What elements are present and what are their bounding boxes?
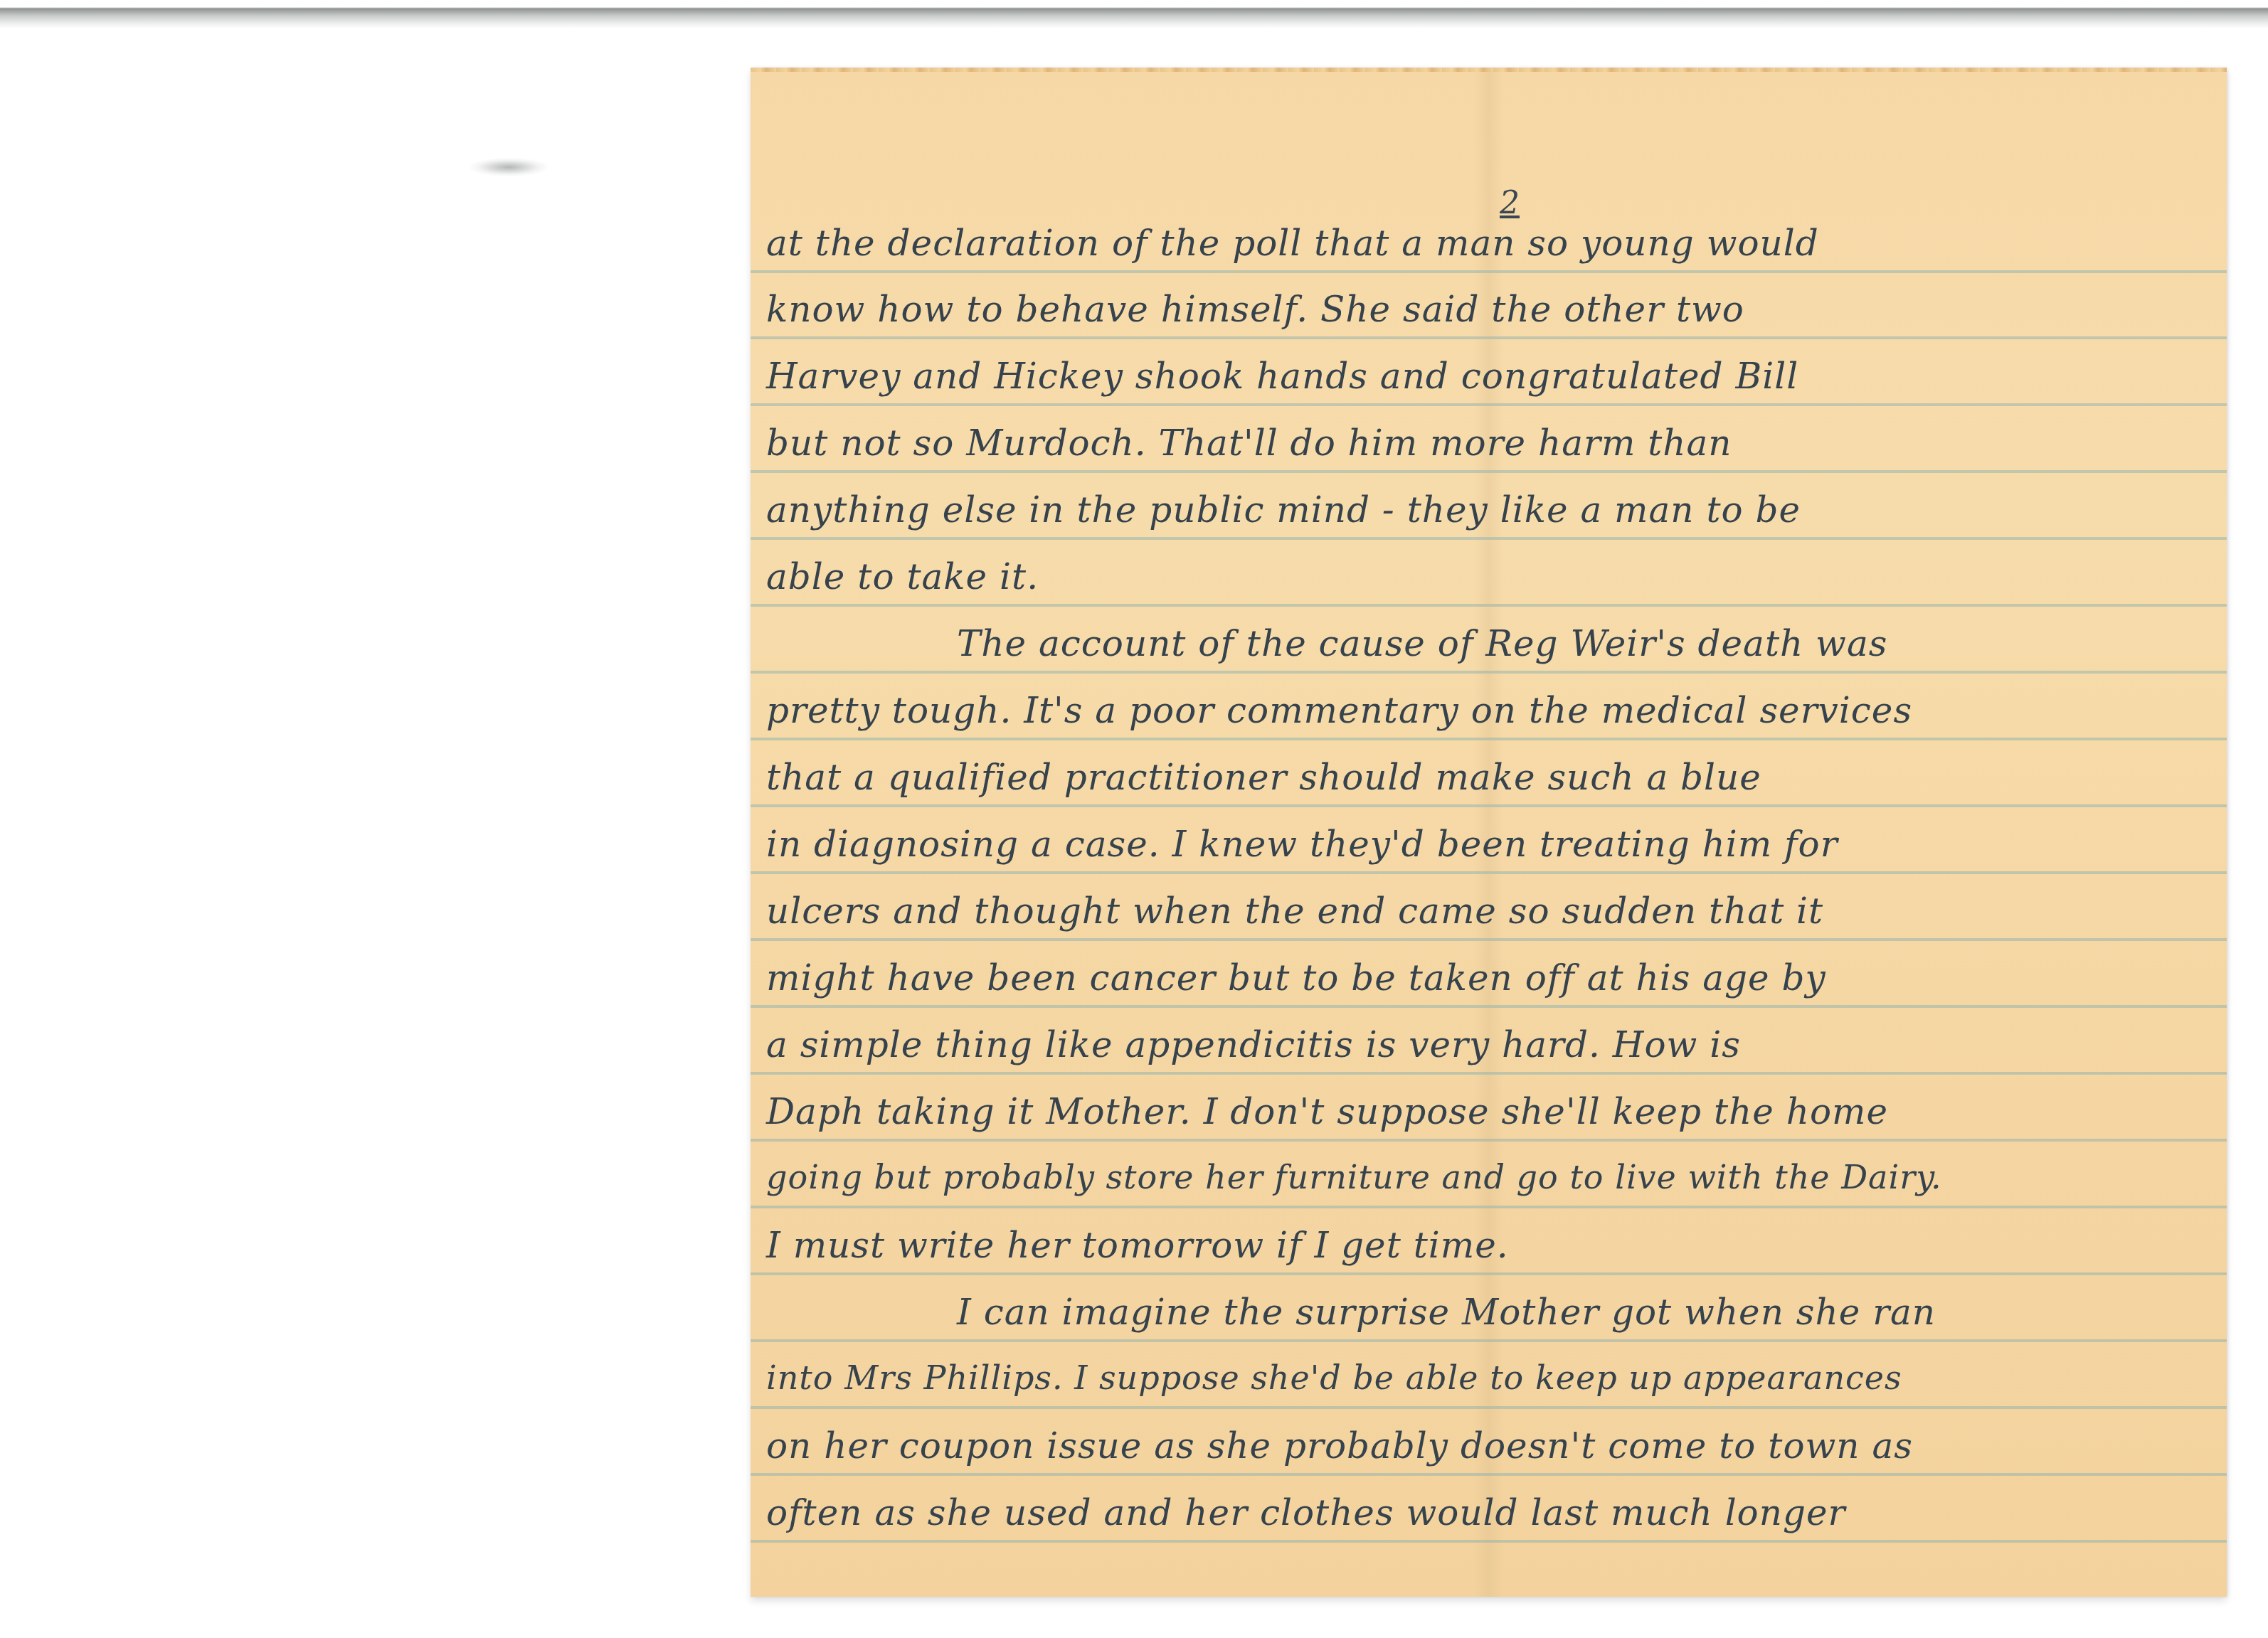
scanner-smudge — [470, 158, 548, 176]
ruled-line — [751, 537, 2227, 540]
handwritten-line: a simple thing like appendicitis is very… — [766, 1027, 1741, 1063]
ruled-line — [751, 738, 2227, 740]
ruled-line — [751, 1072, 2227, 1075]
ruled-line — [751, 336, 2227, 339]
ruled-line — [751, 1005, 2227, 1008]
ruled-line — [751, 1406, 2227, 1409]
ruled-line — [751, 1139, 2227, 1142]
handwritten-line: often as she used and her clothes would … — [766, 1495, 1845, 1531]
ruled-line — [751, 1272, 2227, 1275]
handwritten-line: pretty tough. It's a poor commentary on … — [766, 693, 1912, 728]
handwritten-line: know how to behave himself. She said the… — [766, 292, 1744, 327]
paragraph-start-line: I can imagine the surprise Mother got wh… — [957, 1294, 1936, 1330]
handwritten-line: Daph taking it Mother. I don't suppose s… — [766, 1094, 1888, 1129]
ruled-line — [751, 1339, 2227, 1342]
ruled-line — [751, 403, 2227, 406]
handwritten-line: but not so Murdoch. That'll do him more … — [766, 425, 1732, 461]
handwritten-line: able to take it. — [766, 559, 1039, 595]
handwritten-line: I must write her tomorrow if I get time. — [766, 1228, 1509, 1263]
letter-page: 2 at the declaration of the poll that a … — [751, 68, 2227, 1597]
handwritten-line: on her coupon issue as she probably does… — [766, 1428, 1913, 1464]
paragraph-start-line: The account of the cause of Reg Weir's d… — [957, 626, 1887, 661]
handwritten-line: anything else in the public mind - they … — [766, 492, 1801, 528]
ruled-line — [751, 604, 2227, 607]
ruled-line — [751, 1473, 2227, 1476]
ruled-line — [751, 470, 2227, 473]
handwritten-line: ulcers and thought when the end came so … — [766, 893, 1823, 929]
ruled-line — [751, 871, 2227, 874]
ruled-line — [751, 938, 2227, 941]
torn-top-edge — [751, 68, 2227, 72]
ruled-line — [751, 1540, 2227, 1543]
handwritten-line: might have been cancer but to be taken o… — [766, 960, 1826, 996]
ruled-line — [751, 270, 2227, 273]
ruled-line — [751, 1206, 2227, 1208]
handwritten-line: going but probably store her furniture a… — [766, 1161, 1942, 1193]
handwritten-line: that a qualified practitioner should mak… — [766, 760, 1761, 795]
ruled-line — [751, 671, 2227, 674]
handwritten-line: at the declaration of the poll that a ma… — [766, 225, 1819, 261]
handwritten-line: Harvey and Hickey shook hands and congra… — [766, 358, 1798, 394]
handwritten-line: in diagnosing a case. I knew they'd been… — [766, 826, 1838, 862]
page-number: 2 — [1500, 185, 1520, 221]
handwritten-line: into Mrs Phillips. I suppose she'd be ab… — [766, 1361, 1902, 1394]
scanner-shadow-top — [0, 0, 2268, 28]
ruled-line — [751, 804, 2227, 807]
